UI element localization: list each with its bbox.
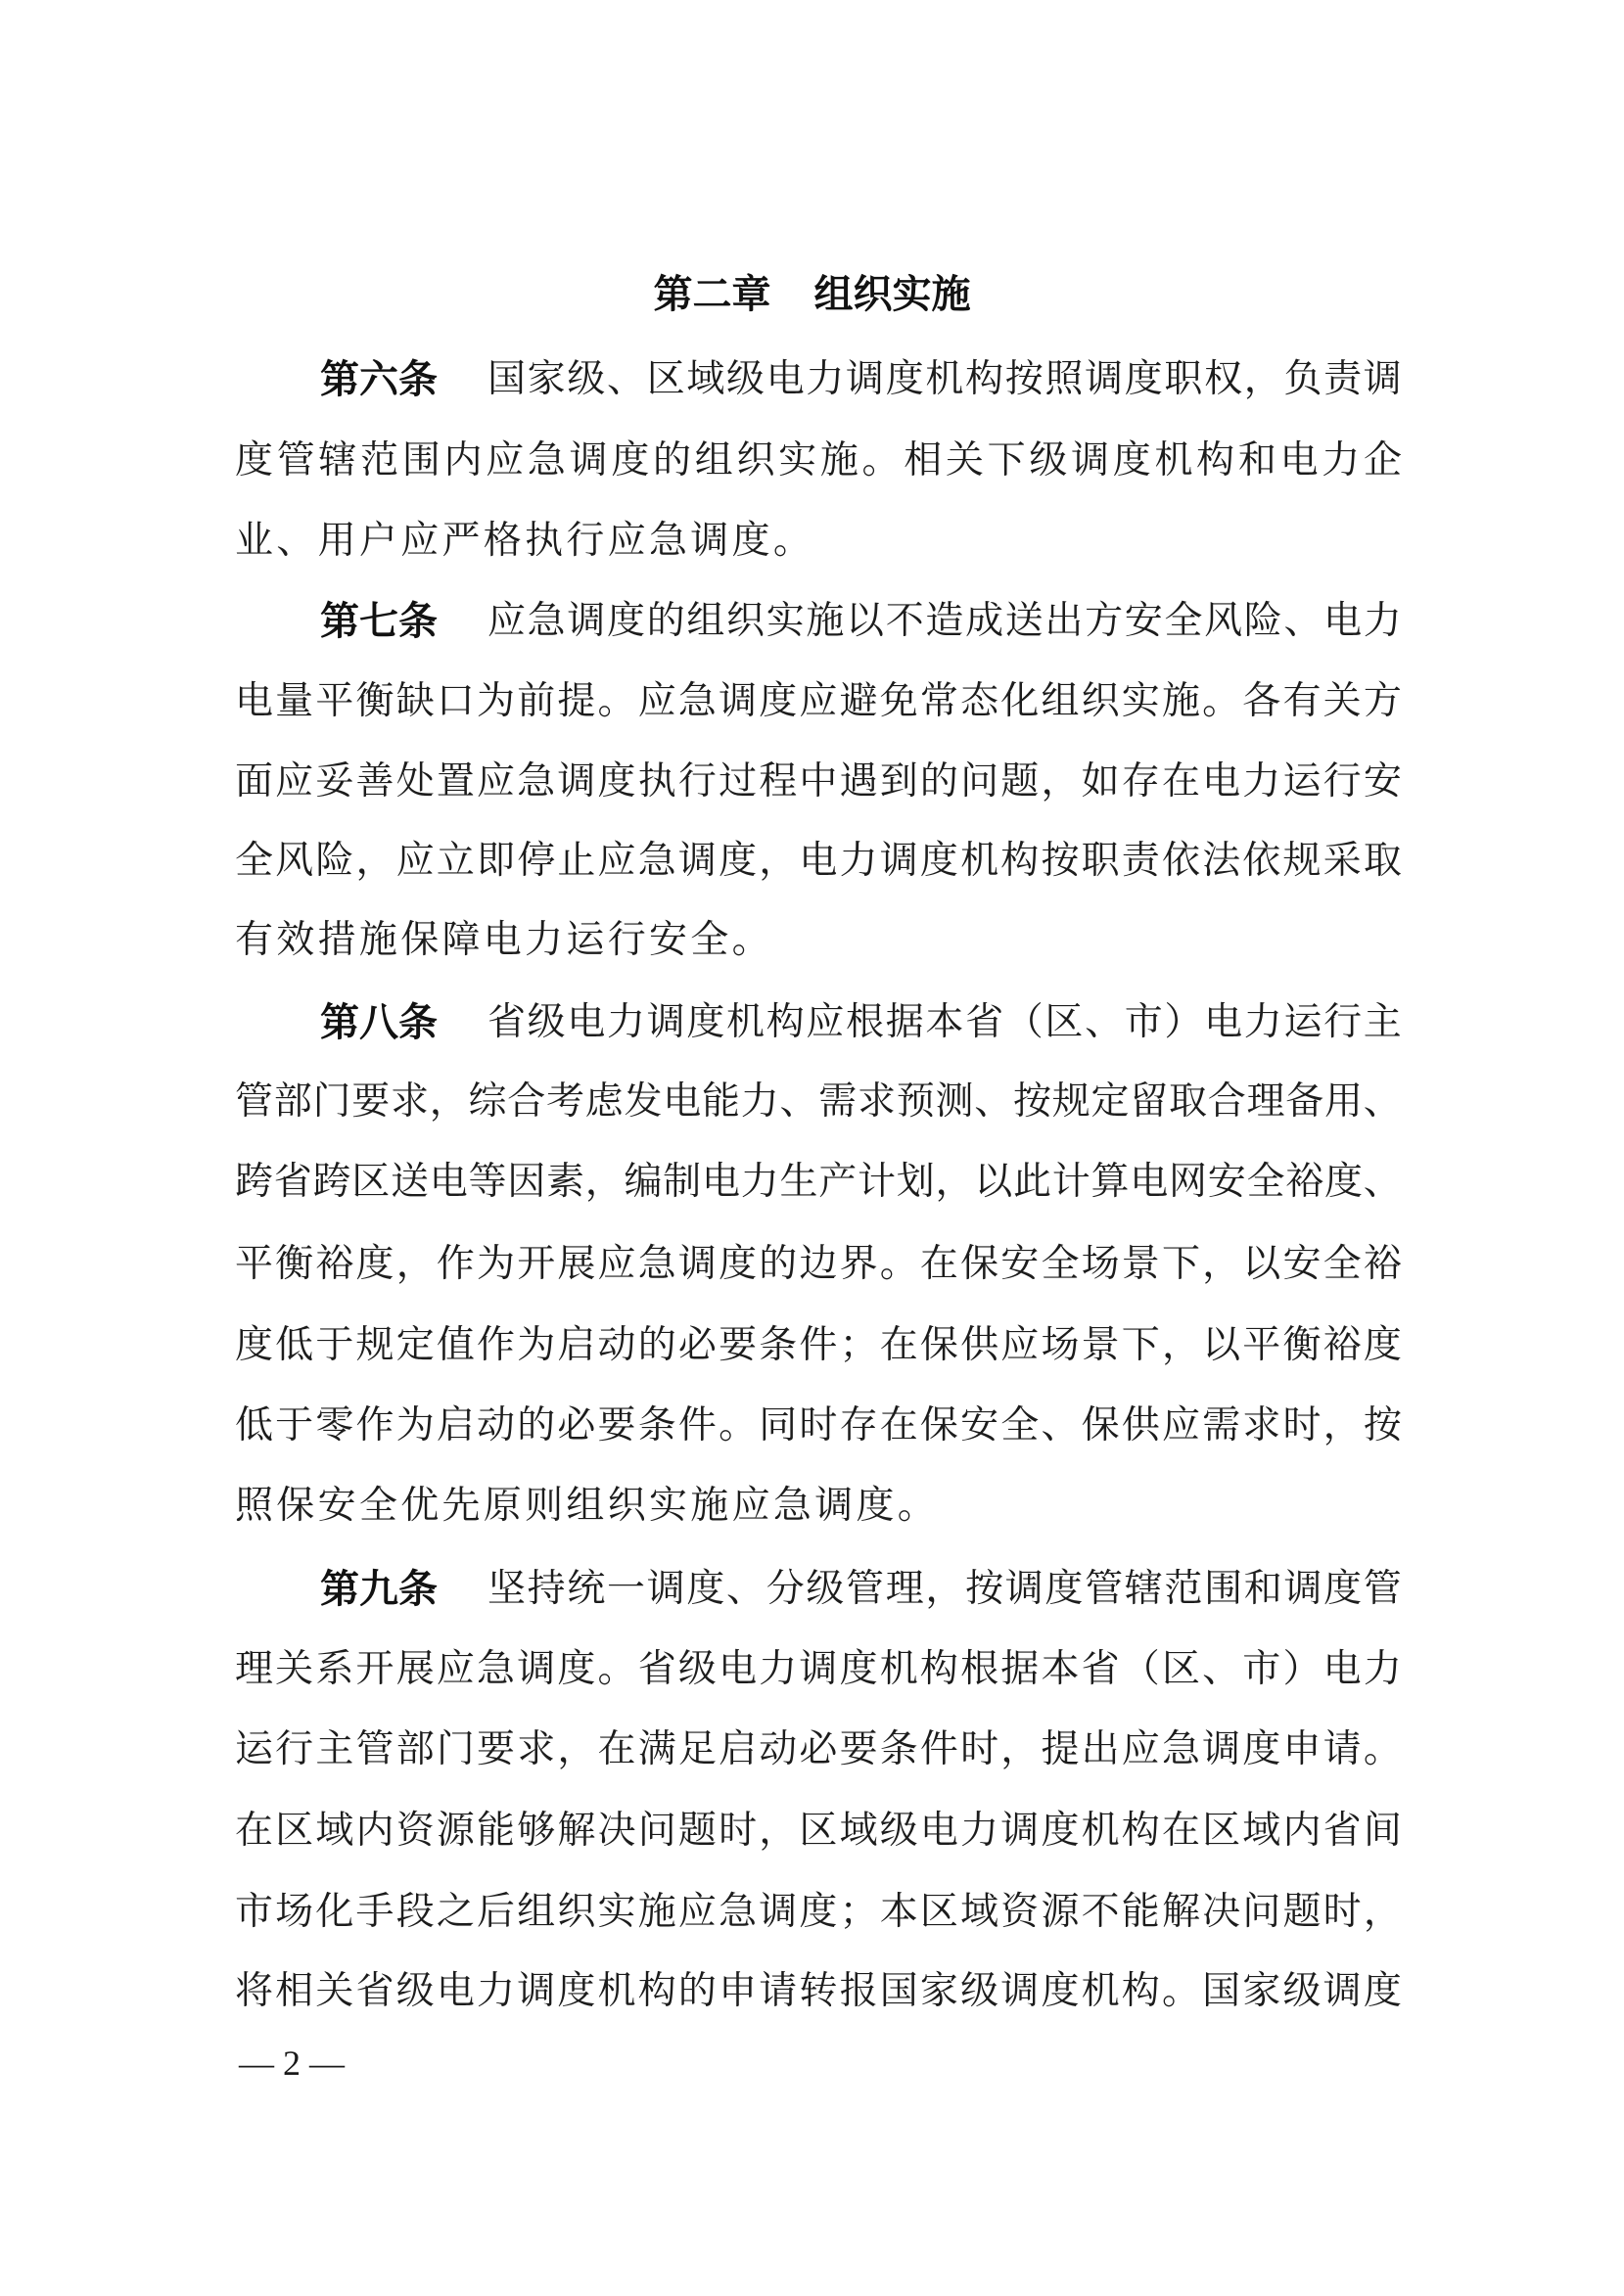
article-6-text: 国家级、区域级电力调度机构按照调度职权，负责调 [487,355,1402,404]
article-8-line: 度低于规定值作为启动的必要条件；在保供应场景下，以平衡裕度 [235,1321,1402,1370]
article-7-line: 面应妥善处置应急调度执行过程中遇到的问题，如存在电力运行安 [235,758,1402,806]
article-6-first-line: 第六条 国家级、区域级电力调度机构按照调度职权，负责调 [320,355,1402,404]
page-number: — 2 — [239,2043,345,2083]
article-8-line: 跨省跨区送电等因素，编制电力生产计划，以此计算电网安全裕度、 [235,1158,1402,1207]
article-7-text: 应急调度的组织实施以不造成送出方安全风险、电力 [487,597,1402,646]
article-8-text: 省级电力调度机构应根据本省（区、市）电力运行主 [487,998,1402,1047]
article-9-text: 坚持统一调度、分级管理，按调度管辖范围和调度管 [487,1565,1402,1614]
document-page: 第二章组织实施 第六条 国家级、区域级电力调度机构按照调度职权，负责调 度管辖范… [0,0,1624,2296]
article-9-first-line: 第九条 坚持统一调度、分级管理，按调度管辖范围和调度管 [320,1565,1402,1614]
article-6-line: 度管辖范围内应急调度的组织实施。相关下级调度机构和电力企 [235,436,1402,485]
article-9-label: 第九条 [320,1565,440,1614]
article-7-line: 电量平衡缺口为前提。应急调度应避免常态化组织实施。各有关方 [235,677,1402,726]
article-9-line: 市场化手段之后组织实施应急调度；本区域资源不能解决问题时， [235,1888,1402,1937]
article-8-line: 低于零作为启动的必要条件。同时存在保安全、保供应需求时，按 [235,1401,1402,1450]
article-7-line: 有效措施保障电力运行安全。 [235,916,1402,965]
article-9-line: 理关系开展应急调度。省级电力调度机构根据本省（区、市）电力 [235,1645,1402,1694]
article-8-label: 第八条 [320,998,440,1047]
chapter-name: 组织实施 [814,272,971,317]
article-9-line: 在区域内资源能够解决问题时，区域级电力调度机构在区域内省间 [235,1807,1402,1856]
chapter-number: 第二章 [654,272,771,317]
chapter-title: 第二章组织实施 [0,273,1624,316]
article-6-label: 第六条 [320,355,440,404]
article-9-line: 将相关省级电力调度机构的申请转报国家级调度机构。国家级调度 [235,1967,1402,2016]
article-7-first-line: 第七条 应急调度的组织实施以不造成送出方安全风险、电力 [320,597,1402,646]
article-7-label: 第七条 [320,597,440,646]
article-9-line: 运行主管部门要求，在满足启动必要条件时，提出应急调度申请。 [235,1725,1402,1774]
article-8-line: 管部门要求，综合考虑发电能力、需求预测、按规定留取合理备用、 [235,1078,1402,1126]
article-8-line: 平衡裕度，作为开展应急调度的边界。在保安全场景下，以安全裕 [235,1240,1402,1289]
article-6-line: 业、用户应严格执行应急调度。 [235,517,1402,566]
article-8-first-line: 第八条 省级电力调度机构应根据本省（区、市）电力运行主 [320,998,1402,1047]
article-7-line: 全风险，应立即停止应急调度，电力调度机构按职责依法依规采取 [235,837,1402,886]
article-8-line: 照保安全优先原则组织实施应急调度。 [235,1482,1402,1531]
